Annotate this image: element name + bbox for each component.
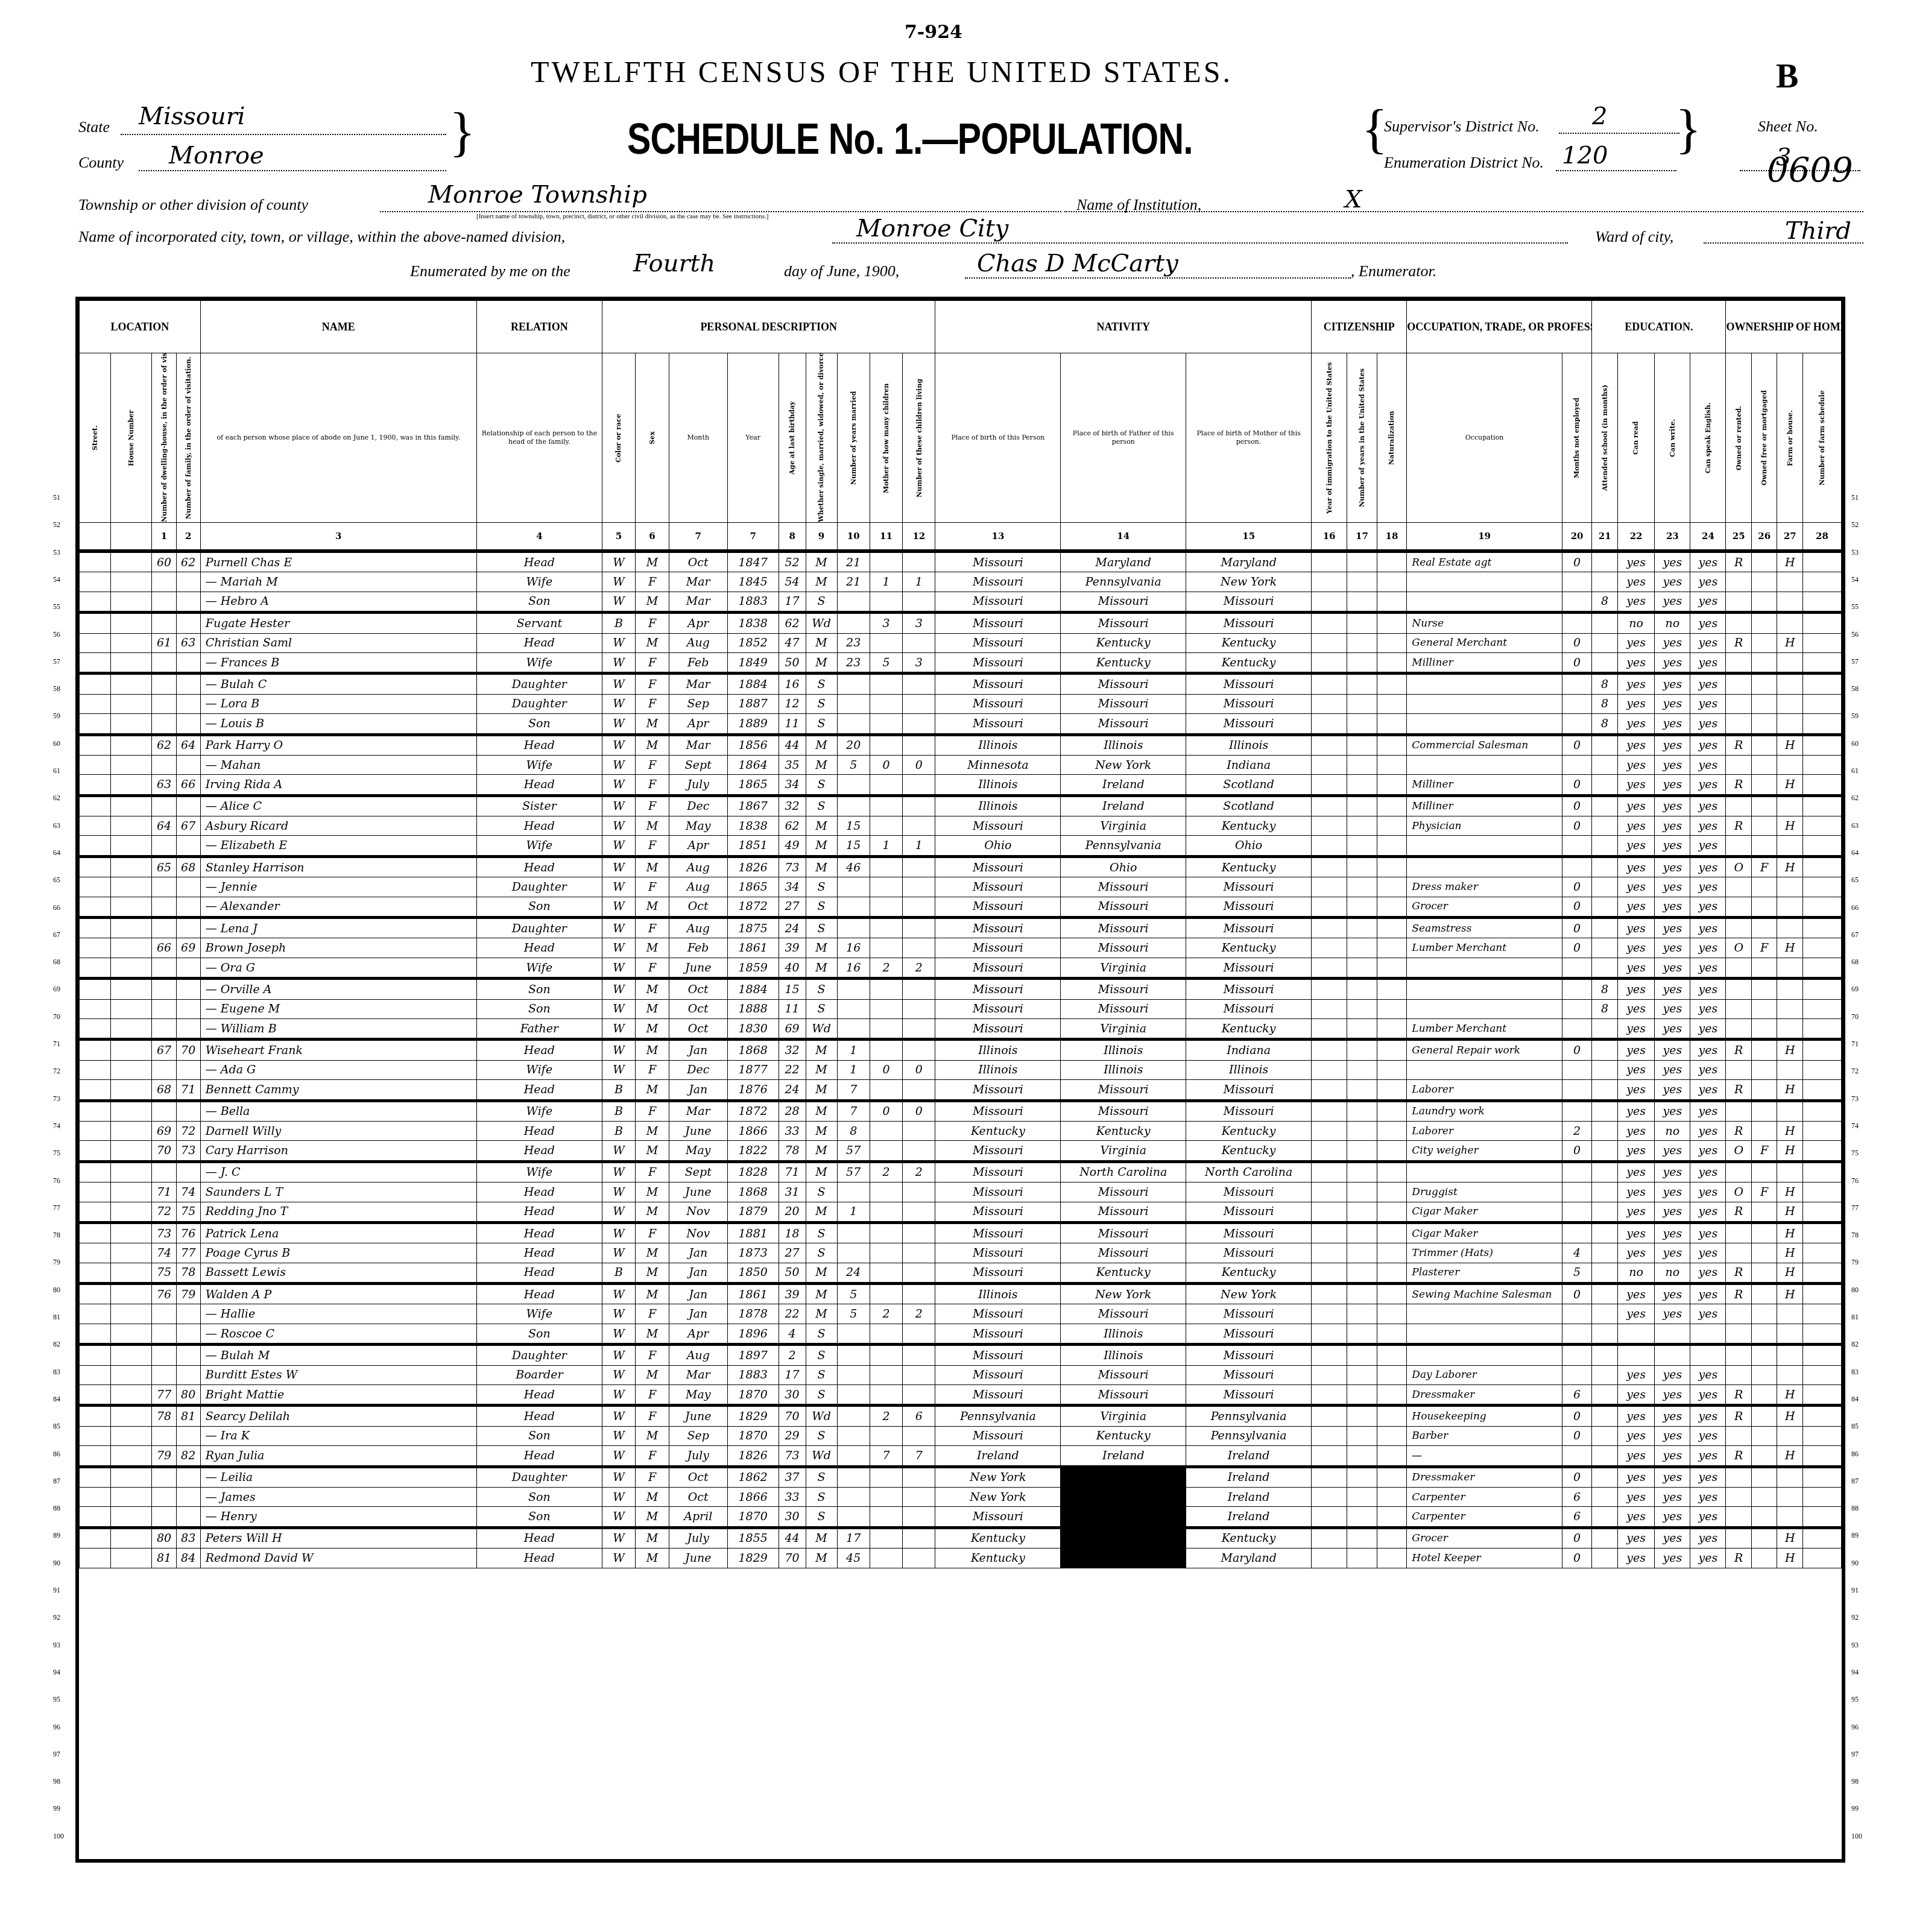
cell-mon: Sept [669, 1161, 727, 1182]
table-row: — Elizabeth EWifeWFApr185149M1511OhioPen… [80, 836, 1842, 856]
cell-ym [837, 613, 870, 633]
cell-sex: M [636, 1121, 669, 1140]
cell-mb: Missouri [1186, 613, 1312, 633]
cell-fm [1751, 592, 1777, 612]
cell-empty [1802, 1426, 1841, 1445]
cell-rd: yes [1617, 1385, 1654, 1406]
cell-cl [903, 1426, 935, 1445]
cell-empty [1347, 1161, 1377, 1182]
cell-empty [110, 1161, 151, 1182]
cell-sch [1592, 755, 1618, 774]
cell-fh [1777, 979, 1803, 999]
cell-fm [1751, 897, 1777, 917]
cell-pb: Missouri [935, 958, 1061, 978]
cell-fam: 77 [176, 1243, 200, 1263]
cell-fam [176, 572, 200, 592]
cell-pb: Missouri [935, 1100, 1061, 1121]
cell-cl: 7 [903, 1446, 935, 1466]
cell-fm [1751, 1548, 1777, 1568]
line-number: 55 [53, 602, 60, 611]
cell-empty [1312, 734, 1347, 755]
cell-sex: F [636, 1304, 669, 1324]
cell-wr: no [1655, 613, 1690, 633]
cell-dw: 71 [152, 1182, 176, 1202]
cell-wr: yes [1655, 1222, 1690, 1243]
cell-wr: yes [1655, 1018, 1690, 1039]
cell-yr: 1864 [727, 755, 779, 774]
cell-occ [1407, 755, 1562, 774]
cell-mon: Aug [669, 856, 727, 877]
cell-fb: Missouri [1061, 694, 1186, 713]
cell-empty [1312, 1222, 1347, 1243]
cell-mne [1562, 714, 1592, 734]
cell-empty [110, 999, 151, 1018]
cell-empty [110, 572, 151, 592]
cell-occ: Housekeeping [1407, 1406, 1562, 1426]
cell-dw [152, 1466, 176, 1487]
cell-empty [80, 856, 111, 877]
cell-empty [110, 1548, 151, 1568]
cell-empty [110, 592, 151, 612]
cell-fm [1751, 1018, 1777, 1039]
cell-fh: H [1777, 856, 1803, 877]
cell-empty [1312, 1527, 1347, 1548]
cell-mc: 0 [870, 1100, 902, 1121]
cell-rd: yes [1617, 714, 1654, 734]
cell-rel: Head [476, 1263, 602, 1283]
cell-name: Redmond David W [200, 1548, 476, 1568]
column-number: 24 [1690, 523, 1726, 552]
cell-age: 18 [779, 1222, 806, 1243]
cell-fb: Pennsylvania [1061, 572, 1186, 592]
cell-empty [110, 816, 151, 836]
cell-en: yes [1690, 1365, 1726, 1384]
cell-empty [1377, 1466, 1407, 1487]
cell-fb: Missouri [1061, 938, 1186, 958]
cell-cl [903, 1080, 935, 1100]
cell-fm [1751, 734, 1777, 755]
line-number: 57 [1851, 657, 1859, 666]
cell-race: W [602, 1385, 636, 1406]
cell-mc [870, 816, 902, 836]
cell-rd: yes [1617, 1182, 1654, 1202]
table-row: — Bulah MDaughterWFAug18972SMissouriIlli… [80, 1345, 1842, 1365]
cell-pb: Illinois [935, 1284, 1061, 1304]
cell-empty [1377, 1548, 1407, 1568]
line-number: 52 [1851, 520, 1859, 529]
cell-rd [1617, 1324, 1654, 1344]
line-number: 84 [53, 1395, 60, 1404]
cell-fh: H [1777, 1141, 1803, 1161]
cell-sch [1592, 1304, 1618, 1324]
cell-race: W [602, 958, 636, 978]
cell-wr: yes [1655, 1426, 1690, 1445]
cell-rd: yes [1617, 1060, 1654, 1079]
cell-mc [870, 979, 902, 999]
cell-fm [1751, 795, 1777, 816]
cell-mne: 0 [1562, 775, 1592, 795]
cell-mc [870, 1507, 902, 1527]
cell-rel: Son [476, 1324, 602, 1344]
cell-sex: F [636, 1222, 669, 1243]
cell-empty [1312, 694, 1347, 713]
cell-name: — Louis B [200, 714, 476, 734]
county-label: County [78, 154, 124, 172]
cell-sch [1592, 1548, 1618, 1568]
cell-wr: yes [1655, 1202, 1690, 1222]
cell-race: W [602, 856, 636, 877]
cell-rd: yes [1617, 1487, 1654, 1506]
cell-dw: 78 [152, 1406, 176, 1426]
cell-fam [176, 999, 200, 1018]
line-number: 83 [53, 1368, 60, 1377]
sheet-label: Sheet No. [1758, 118, 1818, 136]
cell-empty [80, 1487, 111, 1506]
group-relation: RELATION [476, 301, 602, 353]
cell-fb: Missouri [1061, 714, 1186, 734]
cell-empty [1312, 572, 1347, 592]
cell-occ: Dress maker [1407, 877, 1562, 897]
cell-own [1726, 877, 1752, 897]
cell-wr: yes [1655, 999, 1690, 1018]
cell-fm [1751, 755, 1777, 774]
cell-age: 34 [779, 877, 806, 897]
cell-rel: Head [476, 775, 602, 795]
line-number: 57 [53, 657, 60, 666]
cell-empty [1802, 1100, 1841, 1121]
cell-fh: H [1777, 1263, 1803, 1283]
cell-empty [1802, 755, 1841, 774]
cell-ym: 15 [837, 816, 870, 836]
line-number: 87 [1851, 1477, 1859, 1486]
cell-mne: 0 [1562, 1406, 1592, 1426]
cell-ym [837, 1324, 870, 1344]
cell-occ: Seamstress [1407, 918, 1562, 938]
column-header-16-18: Year of immigration to the United States [1312, 353, 1347, 523]
column-number: 2 [176, 523, 200, 552]
cell-ym [837, 877, 870, 897]
cell-dw [152, 694, 176, 713]
cell-occ: Sewing Machine Salesman [1407, 1284, 1562, 1304]
cell-occ: Druggist [1407, 1182, 1562, 1202]
cell-sex: F [636, 1385, 669, 1406]
column-number: 21 [1592, 523, 1618, 552]
cell-cl [903, 551, 935, 572]
cell-sex: F [636, 836, 669, 856]
cell-mon: Oct [669, 551, 727, 572]
cell-rel: Wife [476, 1060, 602, 1079]
line-number: 76 [53, 1176, 60, 1185]
cell-sex: M [636, 1548, 669, 1568]
city-line [832, 242, 1568, 244]
cell-name: Searcy Delilah [200, 1406, 476, 1426]
cell-sex: M [636, 897, 669, 917]
cell-empty [110, 613, 151, 633]
cell-ms: S [806, 999, 837, 1018]
cell-ym: 15 [837, 836, 870, 856]
cell-empty [1377, 1161, 1407, 1182]
cell-name: Peters Will H [200, 1527, 476, 1548]
cell-wr: yes [1655, 572, 1690, 592]
line-number: 66 [53, 903, 60, 912]
cell-empty [1347, 1406, 1377, 1426]
column-header-1-2: Number of dwelling-house, in the order o… [152, 353, 176, 523]
table-row: — Ora GWifeWFJune185940M1622MissouriVirg… [80, 958, 1842, 978]
cell-empty [110, 958, 151, 978]
cell-pb: Missouri [935, 1426, 1061, 1445]
cell-en: yes [1690, 613, 1726, 633]
cell-empty [1347, 1182, 1377, 1202]
cell-fam [176, 674, 200, 694]
cell-sch [1592, 1060, 1618, 1079]
cell-mb: Maryland [1186, 551, 1312, 572]
cell-mc [870, 1548, 902, 1568]
cell-cl: 0 [903, 1060, 935, 1079]
cell-fm [1751, 714, 1777, 734]
cell-ms: M [806, 1202, 837, 1222]
cell-fb: Missouri [1061, 897, 1186, 917]
column-number [110, 523, 151, 552]
cell-own: R [1726, 633, 1752, 652]
enumerator-line [965, 277, 1351, 279]
cell-wr: yes [1655, 652, 1690, 673]
line-number: 77 [53, 1204, 60, 1213]
cell-empty [1802, 1263, 1841, 1283]
cell-own [1726, 1018, 1752, 1039]
cell-empty [1802, 1406, 1841, 1426]
cell-en: yes [1690, 551, 1726, 572]
cell-occ [1407, 836, 1562, 856]
cell-fb: Virginia [1061, 1141, 1186, 1161]
cell-mon: Aug [669, 633, 727, 652]
cell-rel: Head [476, 633, 602, 652]
cell-race: W [602, 979, 636, 999]
cell-rd: yes [1617, 1507, 1654, 1527]
cell-mc [870, 1284, 902, 1304]
cell-cl [903, 1527, 935, 1548]
line-number: 61 [53, 766, 60, 775]
cell-dw [152, 1426, 176, 1445]
cell-name: Bennett Cammy [200, 1080, 476, 1100]
table-row: 7578Bassett LewisHeadBMJan185050M24Misso… [80, 1263, 1842, 1283]
cell-own: R [1726, 816, 1752, 836]
cell-mon: Sept [669, 755, 727, 774]
cell-wr: yes [1655, 633, 1690, 652]
cell-rd: yes [1617, 1202, 1654, 1222]
line-number: 87 [53, 1477, 60, 1486]
cell-pb: Kentucky [935, 1121, 1061, 1140]
cell-race: W [602, 1548, 636, 1568]
cell-rel: Wife [476, 755, 602, 774]
cell-empty [1802, 795, 1841, 816]
line-number: 67 [53, 930, 60, 939]
cell-age: 30 [779, 1507, 806, 1527]
cell-yr: 1872 [727, 1100, 779, 1121]
cell-fm: F [1751, 938, 1777, 958]
cell-empty [80, 1161, 111, 1182]
table-row: 6163Christian SamlHeadWMAug185247M23Miss… [80, 633, 1842, 652]
cell-own [1726, 1345, 1752, 1365]
cell-empty [1377, 1385, 1407, 1406]
cell-name: — Jennie [200, 877, 476, 897]
cell-occ [1407, 592, 1562, 612]
cell-wr: yes [1655, 755, 1690, 774]
cell-mon: Aug [669, 1345, 727, 1365]
cell-rd: yes [1617, 1161, 1654, 1182]
cell-mc [870, 1018, 902, 1039]
cell-empty [1377, 877, 1407, 897]
cell-sch [1592, 1161, 1618, 1182]
cell-cl [903, 592, 935, 612]
cell-mon: Oct [669, 979, 727, 999]
cell-race: W [602, 775, 636, 795]
cell-pb: Missouri [935, 1263, 1061, 1283]
cell-fam [176, 877, 200, 897]
cell-rd: yes [1617, 795, 1654, 816]
cell-dw [152, 572, 176, 592]
cell-wr: yes [1655, 938, 1690, 958]
cell-age: 20 [779, 1202, 806, 1222]
cell-dw [152, 1100, 176, 1121]
cell-empty [110, 897, 151, 917]
cell-empty [1377, 795, 1407, 816]
cell-mne: 0 [1562, 551, 1592, 572]
cell-empty [80, 897, 111, 917]
cell-dw: 64 [152, 816, 176, 836]
column-number [80, 523, 111, 552]
column-number: 7 [727, 523, 779, 552]
cell-empty [1312, 1040, 1347, 1060]
cell-dw [152, 1507, 176, 1527]
cell-sex: F [636, 795, 669, 816]
cell-name: Redding Jno T [200, 1202, 476, 1222]
cell-dw [152, 1018, 176, 1039]
cell-mb: Missouri [1186, 1324, 1312, 1344]
table-row: — Roscoe CSonWMApr18964SMissouriIllinois… [80, 1324, 1842, 1344]
column-header-21-23: Attended school (in months) [1592, 353, 1618, 523]
cell-mc [870, 795, 902, 816]
cell-empty [80, 1527, 111, 1548]
cell-own: R [1726, 1080, 1752, 1100]
cell-sex: F [636, 1466, 669, 1487]
cell-occ: Carpenter [1407, 1487, 1562, 1506]
cell-cl [903, 979, 935, 999]
cell-empty [1377, 836, 1407, 856]
column-number: 28 [1802, 523, 1841, 552]
cell-own [1726, 897, 1752, 917]
table-row: 7982Ryan JuliaHeadWFJuly182673Wd77Irelan… [80, 1446, 1842, 1466]
cell-own: R [1726, 1406, 1752, 1426]
cell-wr: yes [1655, 1141, 1690, 1161]
cell-yr: 1884 [727, 674, 779, 694]
cell-pb: Ireland [935, 1446, 1061, 1466]
cell-empty [110, 551, 151, 572]
cell-empty [1377, 958, 1407, 978]
cell-fb: Illinois [1061, 1345, 1186, 1365]
cell-sex: F [636, 674, 669, 694]
line-number: 68 [1851, 958, 1859, 967]
cell-cl [903, 694, 935, 713]
state-value: Missouri [139, 103, 245, 130]
cell-fh [1777, 1487, 1803, 1506]
cell-dw: 76 [152, 1284, 176, 1304]
cell-rel: Daughter [476, 694, 602, 713]
group-location: LOCATION [80, 301, 201, 353]
cell-own [1726, 1466, 1752, 1487]
cell-rd: yes [1617, 877, 1654, 897]
line-number: 82 [53, 1340, 60, 1349]
cell-cl [903, 1385, 935, 1406]
cell-empty [1377, 1527, 1407, 1548]
cell-empty [1802, 714, 1841, 734]
cell-mc [870, 897, 902, 917]
cell-occ: Trimmer (Hats) [1407, 1243, 1562, 1263]
cell-own [1726, 795, 1752, 816]
cell-race: W [602, 877, 636, 897]
cell-ym: 17 [837, 1527, 870, 1548]
cell-rd: yes [1617, 1222, 1654, 1243]
township-line [380, 211, 1061, 212]
cell-mc [870, 674, 902, 694]
cell-empty [1377, 1324, 1407, 1344]
cell-sch [1592, 938, 1618, 958]
cell-empty [1802, 1222, 1841, 1243]
cell-fm [1751, 999, 1777, 1018]
cell-fam [176, 1507, 200, 1527]
cell-race: W [602, 694, 636, 713]
column-header-22-24: Can read [1617, 353, 1654, 523]
cell-empty [1312, 1263, 1347, 1283]
cell-pb: Illinois [935, 795, 1061, 816]
cell-empty [1312, 1284, 1347, 1304]
cell-wr: no [1655, 1121, 1690, 1140]
cell-empty [80, 1284, 111, 1304]
cell-dw: 61 [152, 633, 176, 652]
cell-fam [176, 1365, 200, 1384]
cell-empty [110, 1446, 151, 1466]
cell-mon: July [669, 775, 727, 795]
cell-dw [152, 1324, 176, 1344]
cell-mne [1562, 1446, 1592, 1466]
cell-sch [1592, 1100, 1618, 1121]
column-number: 5 [602, 523, 636, 552]
cell-empty [1377, 1406, 1407, 1426]
cell-sex: F [636, 652, 669, 673]
table-row: — HenrySonWMApril187030SMissouriIrelandI… [80, 1507, 1842, 1527]
cell-en: yes [1690, 1284, 1726, 1304]
cell-mc [870, 1040, 902, 1060]
cell-rd: yes [1617, 734, 1654, 755]
cell-age: 27 [779, 897, 806, 917]
cell-mb: Missouri [1186, 714, 1312, 734]
cell-name: — Alexander [200, 897, 476, 917]
cell-age: 44 [779, 734, 806, 755]
cell-empty [110, 1406, 151, 1426]
cell-empty [1802, 633, 1841, 652]
cell-en: yes [1690, 979, 1726, 999]
cell-empty [1802, 979, 1841, 999]
cell-own [1726, 572, 1752, 592]
cell-rel: Wife [476, 836, 602, 856]
cell-rd [1617, 1345, 1654, 1365]
table-row: — HallieWifeWFJan187822M522MissouriMisso… [80, 1304, 1842, 1324]
cell-fm [1751, 1161, 1777, 1182]
cell-ym: 24 [837, 1263, 870, 1283]
column-header-14-16: Place of birth of Father of this person [1061, 353, 1186, 523]
cell-fm [1751, 979, 1777, 999]
column-number: 22 [1617, 523, 1654, 552]
cell-fb: Kentucky [1061, 1263, 1186, 1283]
